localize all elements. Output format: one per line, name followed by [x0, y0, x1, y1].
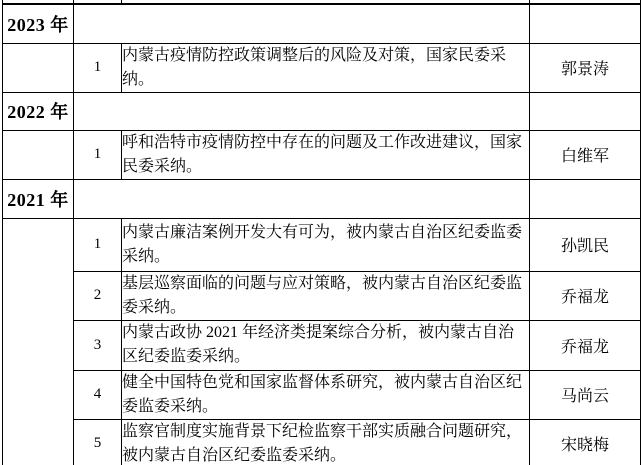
- desc-cell: 呼和浩特市疫情防控中存在的问题及工作改进建议，国家 民委采纳。: [122, 130, 530, 179]
- desc-line: 纳。: [122, 68, 529, 92]
- desc-line: 健全中国特色党和国家监督体系研究，被内蒙古自治区纪: [122, 371, 529, 395]
- name-cell: 郭景涛: [530, 43, 641, 92]
- item-row-2021-3: 3 内蒙古政协 2021 年经济类提案综合分析，被内蒙古自治 区纪委监委采纳。 …: [3, 320, 641, 370]
- name-cell: 乔福龙: [530, 271, 641, 320]
- desc-cell: 基层巡察面临的问题与应对策略，被内蒙古自治区纪委监 委采纳。: [122, 271, 530, 320]
- desc-cell: 内蒙古政协 2021 年经济类提案综合分析，被内蒙古自治 区纪委监委采纳。: [122, 320, 530, 370]
- desc-line: 委采纳。: [122, 296, 529, 320]
- desc-line: 内蒙古政协 2021 年经济类提案综合分析，被内蒙古自治: [122, 321, 529, 345]
- desc-cell: 健全中国特色党和国家监督体系研究，被内蒙古自治区纪 委监委采纳。: [122, 370, 530, 419]
- desc-line: 内蒙古疫情防控政策调整后的风险及对策，国家民委采: [122, 44, 529, 68]
- year-label-2022: 2022 年: [3, 92, 74, 130]
- item-row-2021-1: 1 内蒙古廉洁案例开发大有可为，被内蒙古自治区纪委监委 采纳。 孙凯民: [3, 218, 641, 271]
- desc-line: 呼和浩特市疫情防控中存在的问题及工作改进建议，国家: [122, 131, 529, 155]
- year-row-name-cell: [530, 92, 641, 130]
- year-label-2023: 2023 年: [3, 4, 74, 43]
- adoption-results-table: 2023 年 1 内蒙古疫情防控政策调整后的风险及对策，国家民委采 纳。 郭景涛…: [2, 0, 641, 465]
- index-cell: 1: [74, 218, 122, 271]
- desc-cell: 内蒙古廉洁案例开发大有可为，被内蒙古自治区纪委监委 采纳。: [122, 218, 530, 271]
- year-cell-empty: [3, 130, 74, 179]
- desc-line: 基层巡察面临的问题与应对策略，被内蒙古自治区纪委监: [122, 272, 529, 296]
- item-row-2021-5: 5 监察官制度实施背景下纪检监察干部实质融合问题研究， 被内蒙古自治区纪委监委采…: [3, 419, 641, 465]
- item-row-2022-1: 1 呼和浩特市疫情防控中存在的问题及工作改进建议，国家 民委采纳。 白维军: [3, 130, 641, 179]
- year-label-2021: 2021 年: [3, 179, 74, 218]
- index-cell: 1: [74, 130, 122, 179]
- index-cell: 5: [74, 419, 122, 465]
- year-row-name-cell: [530, 4, 641, 43]
- desc-line: 被内蒙古自治区纪委监委采纳。: [122, 444, 529, 465]
- name-cell: 孙凯民: [530, 218, 641, 271]
- desc-line: 委监委采纳。: [122, 395, 529, 419]
- year-row-empty-cell: [74, 92, 530, 130]
- item-row-2021-4: 4 健全中国特色党和国家监督体系研究，被内蒙古自治区纪 委监委采纳。 马尚云: [3, 370, 641, 419]
- index-cell: 2: [74, 271, 122, 320]
- item-row-2023-1: 1 内蒙古疫情防控政策调整后的风险及对策，国家民委采 纳。 郭景涛: [3, 43, 641, 92]
- desc-line: 区纪委监委采纳。: [122, 345, 529, 369]
- year-row-empty-cell: [74, 4, 530, 43]
- year-row-empty-cell: [74, 179, 530, 218]
- year-row-name-cell: [530, 179, 641, 218]
- index-cell: 1: [74, 43, 122, 92]
- desc-cell: 内蒙古疫情防控政策调整后的风险及对策，国家民委采 纳。: [122, 43, 530, 92]
- desc-line: 民委采纳。: [122, 155, 529, 179]
- index-cell: 3: [74, 320, 122, 370]
- name-cell: 宋晓梅: [530, 419, 641, 465]
- index-cell: 4: [74, 370, 122, 419]
- year-row-2023: 2023 年: [3, 4, 641, 43]
- year-row-2022: 2022 年: [3, 92, 641, 130]
- year-row-2021: 2021 年: [3, 179, 641, 218]
- year-cell-empty: [3, 43, 74, 92]
- desc-line: 采纳。: [122, 245, 529, 269]
- name-cell: 白维军: [530, 130, 641, 179]
- name-cell: 乔福龙: [530, 320, 641, 370]
- desc-line: 监察官制度实施背景下纪检监察干部实质融合问题研究，: [122, 420, 529, 444]
- desc-line: 内蒙古廉洁案例开发大有可为，被内蒙古自治区纪委监委: [122, 221, 529, 245]
- name-cell: 马尚云: [530, 370, 641, 419]
- year-cell-merged-empty: [3, 218, 74, 465]
- item-row-2021-2: 2 基层巡察面临的问题与应对策略，被内蒙古自治区纪委监 委采纳。 乔福龙: [3, 271, 641, 320]
- desc-cell: 监察官制度实施背景下纪检监察干部实质融合问题研究， 被内蒙古自治区纪委监委采纳。: [122, 419, 530, 465]
